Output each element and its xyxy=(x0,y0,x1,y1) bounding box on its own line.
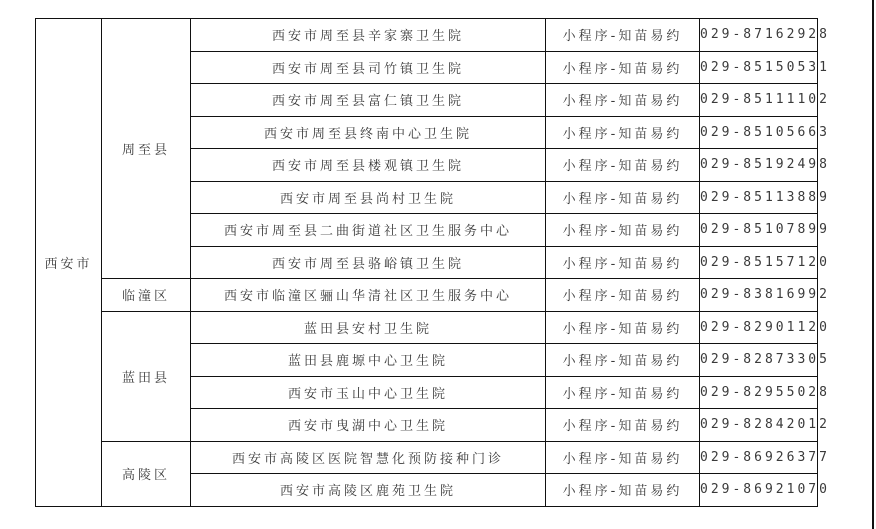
site-name: 西安市周至县骆峪镇卫生院 xyxy=(191,246,546,279)
booking-channel: 小程序-知苗易约 xyxy=(546,84,700,117)
booking-channel: 小程序-知苗易约 xyxy=(546,149,700,182)
booking-channel: 小程序-知苗易约 xyxy=(546,279,700,312)
site-name: 西安市周至县二曲街道社区卫生服务中心 xyxy=(191,214,546,247)
booking-channel: 小程序-知苗易约 xyxy=(546,474,700,507)
booking-channel: 小程序-知苗易约 xyxy=(546,51,700,84)
phone-number: 029-86921070 xyxy=(700,474,818,507)
booking-channel: 小程序-知苗易约 xyxy=(546,246,700,279)
phone-number: 029-86926377 xyxy=(700,441,818,474)
phone-number: 029-85192498 xyxy=(700,149,818,182)
booking-channel: 小程序-知苗易约 xyxy=(546,344,700,377)
phone-number: 029-82842012 xyxy=(700,409,818,442)
site-name: 西安市周至县尚村卫生院 xyxy=(191,181,546,214)
site-name: 西安市高陵区鹿苑卫生院 xyxy=(191,474,546,507)
booking-channel: 小程序-知苗易约 xyxy=(546,376,700,409)
site-name: 西安市周至县司竹镇卫生院 xyxy=(191,51,546,84)
site-name: 西安市周至县楼观镇卫生院 xyxy=(191,149,546,182)
district-cell: 临潼区 xyxy=(102,279,191,312)
district-cell: 周至县 xyxy=(102,19,191,279)
site-name: 西安市周至县终南中心卫生院 xyxy=(191,116,546,149)
district-cell: 高陵区 xyxy=(102,441,191,506)
site-name: 西安市周至县辛家寨卫生院 xyxy=(191,19,546,52)
phone-number: 029-85105663 xyxy=(700,116,818,149)
booking-channel: 小程序-知苗易约 xyxy=(546,116,700,149)
booking-channel: 小程序-知苗易约 xyxy=(546,441,700,474)
phone-number: 029-85111102 xyxy=(700,84,818,117)
booking-channel: 小程序-知苗易约 xyxy=(546,214,700,247)
phone-number: 029-82901120 xyxy=(700,311,818,344)
city-cell: 西安市 xyxy=(36,19,102,507)
booking-channel: 小程序-知苗易约 xyxy=(546,409,700,442)
table-row: 高陵区 西安市高陵区医院智慧化预防接种门诊 小程序-知苗易约 029-86926… xyxy=(36,441,818,474)
booking-channel: 小程序-知苗易约 xyxy=(546,19,700,52)
phone-number: 029-83816992 xyxy=(700,279,818,312)
phone-number: 029-85113889 xyxy=(700,181,818,214)
site-name: 西安市周至县富仁镇卫生院 xyxy=(191,84,546,117)
site-name: 西安市曳湖中心卫生院 xyxy=(191,409,546,442)
site-name: 蓝田县鹿塬中心卫生院 xyxy=(191,344,546,377)
phone-number: 029-85157120 xyxy=(700,246,818,279)
phone-number: 029-82955028 xyxy=(700,376,818,409)
district-cell: 蓝田县 xyxy=(102,311,191,441)
table-row: 西安市 周至县 西安市周至县辛家寨卫生院 小程序-知苗易约 029-871629… xyxy=(36,19,818,52)
table-row: 蓝田县 蓝田县安村卫生院 小程序-知苗易约 029-82901120 xyxy=(36,311,818,344)
site-name: 西安市玉山中心卫生院 xyxy=(191,376,546,409)
page-edge-divider xyxy=(872,0,874,529)
phone-number: 029-87162928 xyxy=(700,19,818,52)
site-name: 西安市临潼区骊山华清社区卫生服务中心 xyxy=(191,279,546,312)
site-name: 西安市高陵区医院智慧化预防接种门诊 xyxy=(191,441,546,474)
booking-channel: 小程序-知苗易约 xyxy=(546,181,700,214)
vaccination-sites-table: 西安市 周至县 西安市周至县辛家寨卫生院 小程序-知苗易约 029-871629… xyxy=(35,18,818,507)
booking-channel: 小程序-知苗易约 xyxy=(546,311,700,344)
phone-number: 029-85150531 xyxy=(700,51,818,84)
site-name: 蓝田县安村卫生院 xyxy=(191,311,546,344)
table-row: 临潼区 西安市临潼区骊山华清社区卫生服务中心 小程序-知苗易约 029-8381… xyxy=(36,279,818,312)
phone-number: 029-85107899 xyxy=(700,214,818,247)
phone-number: 029-82873305 xyxy=(700,344,818,377)
